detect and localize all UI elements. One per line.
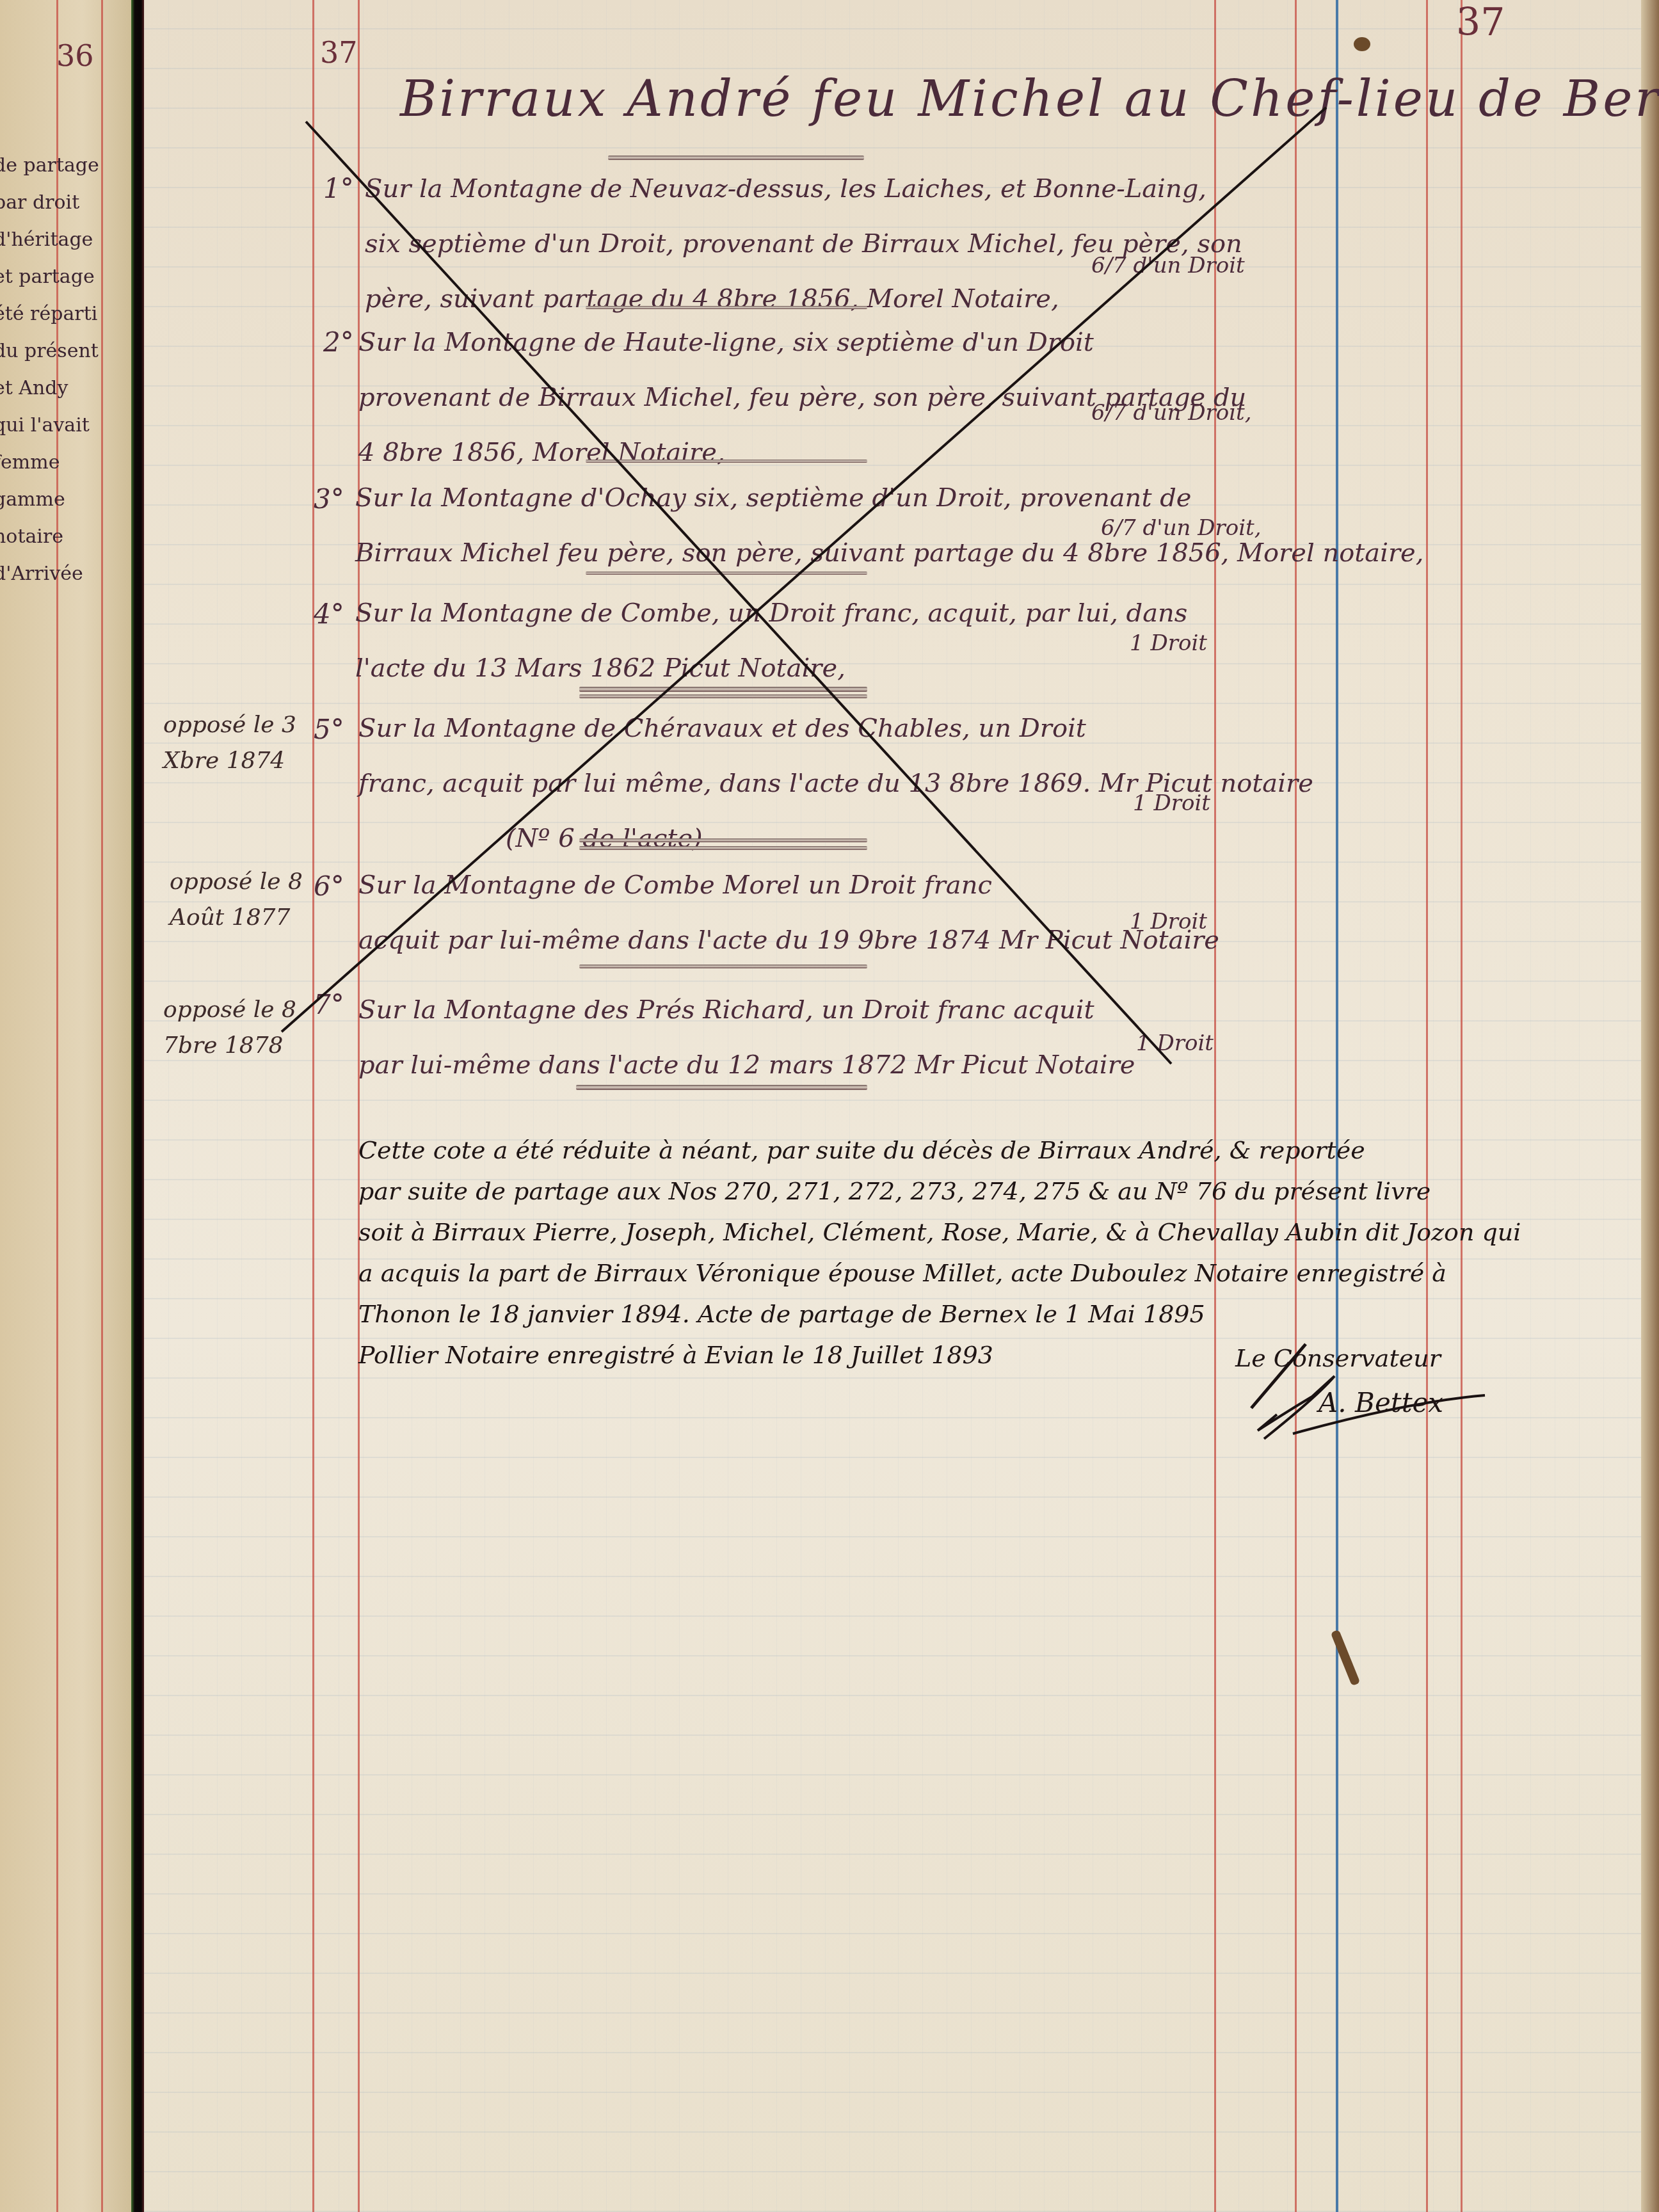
opposition-note: opposé le 8 Août 1877: [170, 864, 310, 936]
page-number-left-corner: 37: [320, 35, 358, 70]
fragment: qui l'avait: [0, 407, 128, 444]
blue-rule: [1336, 0, 1338, 2212]
entry-rule: [586, 460, 867, 463]
entry-number: 5°: [314, 714, 344, 745]
opposition-note: opposé le 8 7bre 1878: [163, 992, 310, 1064]
entry-line: Sur la Montagne de Combe, un Droit franc…: [355, 586, 1187, 641]
opposition-note: opposé le 3 Xbre 1874: [163, 707, 310, 779]
entry-3-text: Sur la Montagne d'Ochay six, septième d'…: [355, 470, 1423, 581]
fragment: et partage: [0, 259, 128, 296]
column-rule: [1461, 0, 1463, 2212]
signature-title: Le Conservateur: [1235, 1338, 1441, 1379]
signature: A. Bettex: [1318, 1382, 1443, 1423]
entry-number: 3°: [314, 483, 344, 515]
margin-rule: [312, 0, 314, 2212]
book-gutter: [131, 0, 145, 2212]
entry-4-text: Sur la Montagne de Combe, un Droit franc…: [355, 586, 1187, 696]
page-edge: [1641, 0, 1659, 2212]
entry-number: 1°: [323, 173, 354, 204]
fragment: de partage: [0, 147, 128, 184]
note-line: Thonon le 18 janvier 1894. Acte de parta…: [358, 1294, 1521, 1334]
entry-rule: [579, 694, 867, 698]
note-line: Cette cote a été réduite à néant, par su…: [358, 1130, 1521, 1171]
entry-6-text: Sur la Montagne de Combe Morel un Droit …: [358, 858, 1219, 968]
entry-number: 6°: [314, 870, 344, 902]
entry-number: 4°: [314, 598, 344, 630]
column-rule: [1295, 0, 1297, 2212]
entry-line: Sur la Montagne des Prés Richard, un Dro…: [358, 982, 1135, 1038]
fragment: été réparti: [0, 296, 128, 333]
fragment: d'héritage: [0, 221, 128, 259]
entry-line: Sur la Montagne de Chéravaux et des Chab…: [358, 701, 1313, 756]
column-rule: [1426, 0, 1428, 2212]
entry-2-text: Sur la Montagne de Haute-ligne, six sept…: [358, 315, 1246, 480]
entry-number: 2°: [323, 326, 354, 358]
entry-rule: [586, 572, 867, 575]
left-page: 36 de partage par droit d'héritage et pa…: [0, 0, 138, 2212]
note-line: a acquis la part de Birraux Véronique ép…: [358, 1253, 1521, 1294]
entry-rule: [579, 687, 867, 692]
entry-share: 6/7 d'un Droit: [1091, 253, 1245, 278]
entry-rule: [586, 306, 867, 309]
fragment: femme: [0, 444, 128, 481]
entry-rule: [579, 838, 867, 842]
entry-share: 1 Droit: [1133, 790, 1210, 816]
owner-header: Birraux André feu Michel au Chef-lieu de…: [400, 70, 1659, 128]
fragment: d'Arrivée: [0, 556, 128, 593]
note-line: soit à Birraux Pierre, Joseph, Michel, C…: [358, 1212, 1521, 1253]
header-rule: [608, 156, 864, 160]
entry-rule: [576, 1085, 867, 1090]
entry-share: 6/7 d'un Droit,: [1101, 515, 1262, 541]
entry-rule: [579, 965, 867, 968]
entry-line: Sur la Montagne de Combe Morel un Droit …: [358, 858, 1219, 913]
entry-number: 7°: [314, 989, 344, 1020]
entry-share: 6/7 d'un Droit,: [1091, 400, 1252, 426]
entry-line: Sur la Montagne d'Ochay six, septième d'…: [355, 470, 1423, 525]
left-page-number: 36: [56, 38, 94, 73]
fragment: par droit: [0, 184, 128, 221]
entry-line: Sur la Montagne de Haute-ligne, six sept…: [358, 315, 1246, 370]
ink-stain: [1354, 37, 1370, 51]
entry-1-text: Sur la Montagne de Neuvaz-dessus, les La…: [365, 161, 1242, 326]
fragment: du présent: [0, 333, 128, 370]
fragment: notaire: [0, 518, 128, 556]
page-number-right-corner: 37: [1456, 0, 1505, 45]
fragment: et Andy: [0, 370, 128, 407]
left-page-margin-fragments: de partage par droit d'héritage et parta…: [0, 147, 128, 593]
entry-line: acquit par lui-même dans l'acte du 19 9b…: [358, 913, 1219, 968]
entry-share: 1 Droit: [1130, 630, 1207, 656]
entry-line: Birraux Michel feu père, son père, suiva…: [355, 525, 1423, 581]
fragment: gamme: [0, 481, 128, 518]
entry-share: 1 Droit: [1130, 909, 1207, 934]
entry-line: Sur la Montagne de Neuvaz-dessus, les La…: [365, 161, 1242, 216]
entry-rule: [579, 846, 867, 850]
entry-7-text: Sur la Montagne des Prés Richard, un Dro…: [358, 982, 1135, 1093]
note-line: par suite de partage aux Nos 270, 271, 2…: [358, 1171, 1521, 1212]
entry-share: 1 Droit: [1136, 1030, 1214, 1056]
